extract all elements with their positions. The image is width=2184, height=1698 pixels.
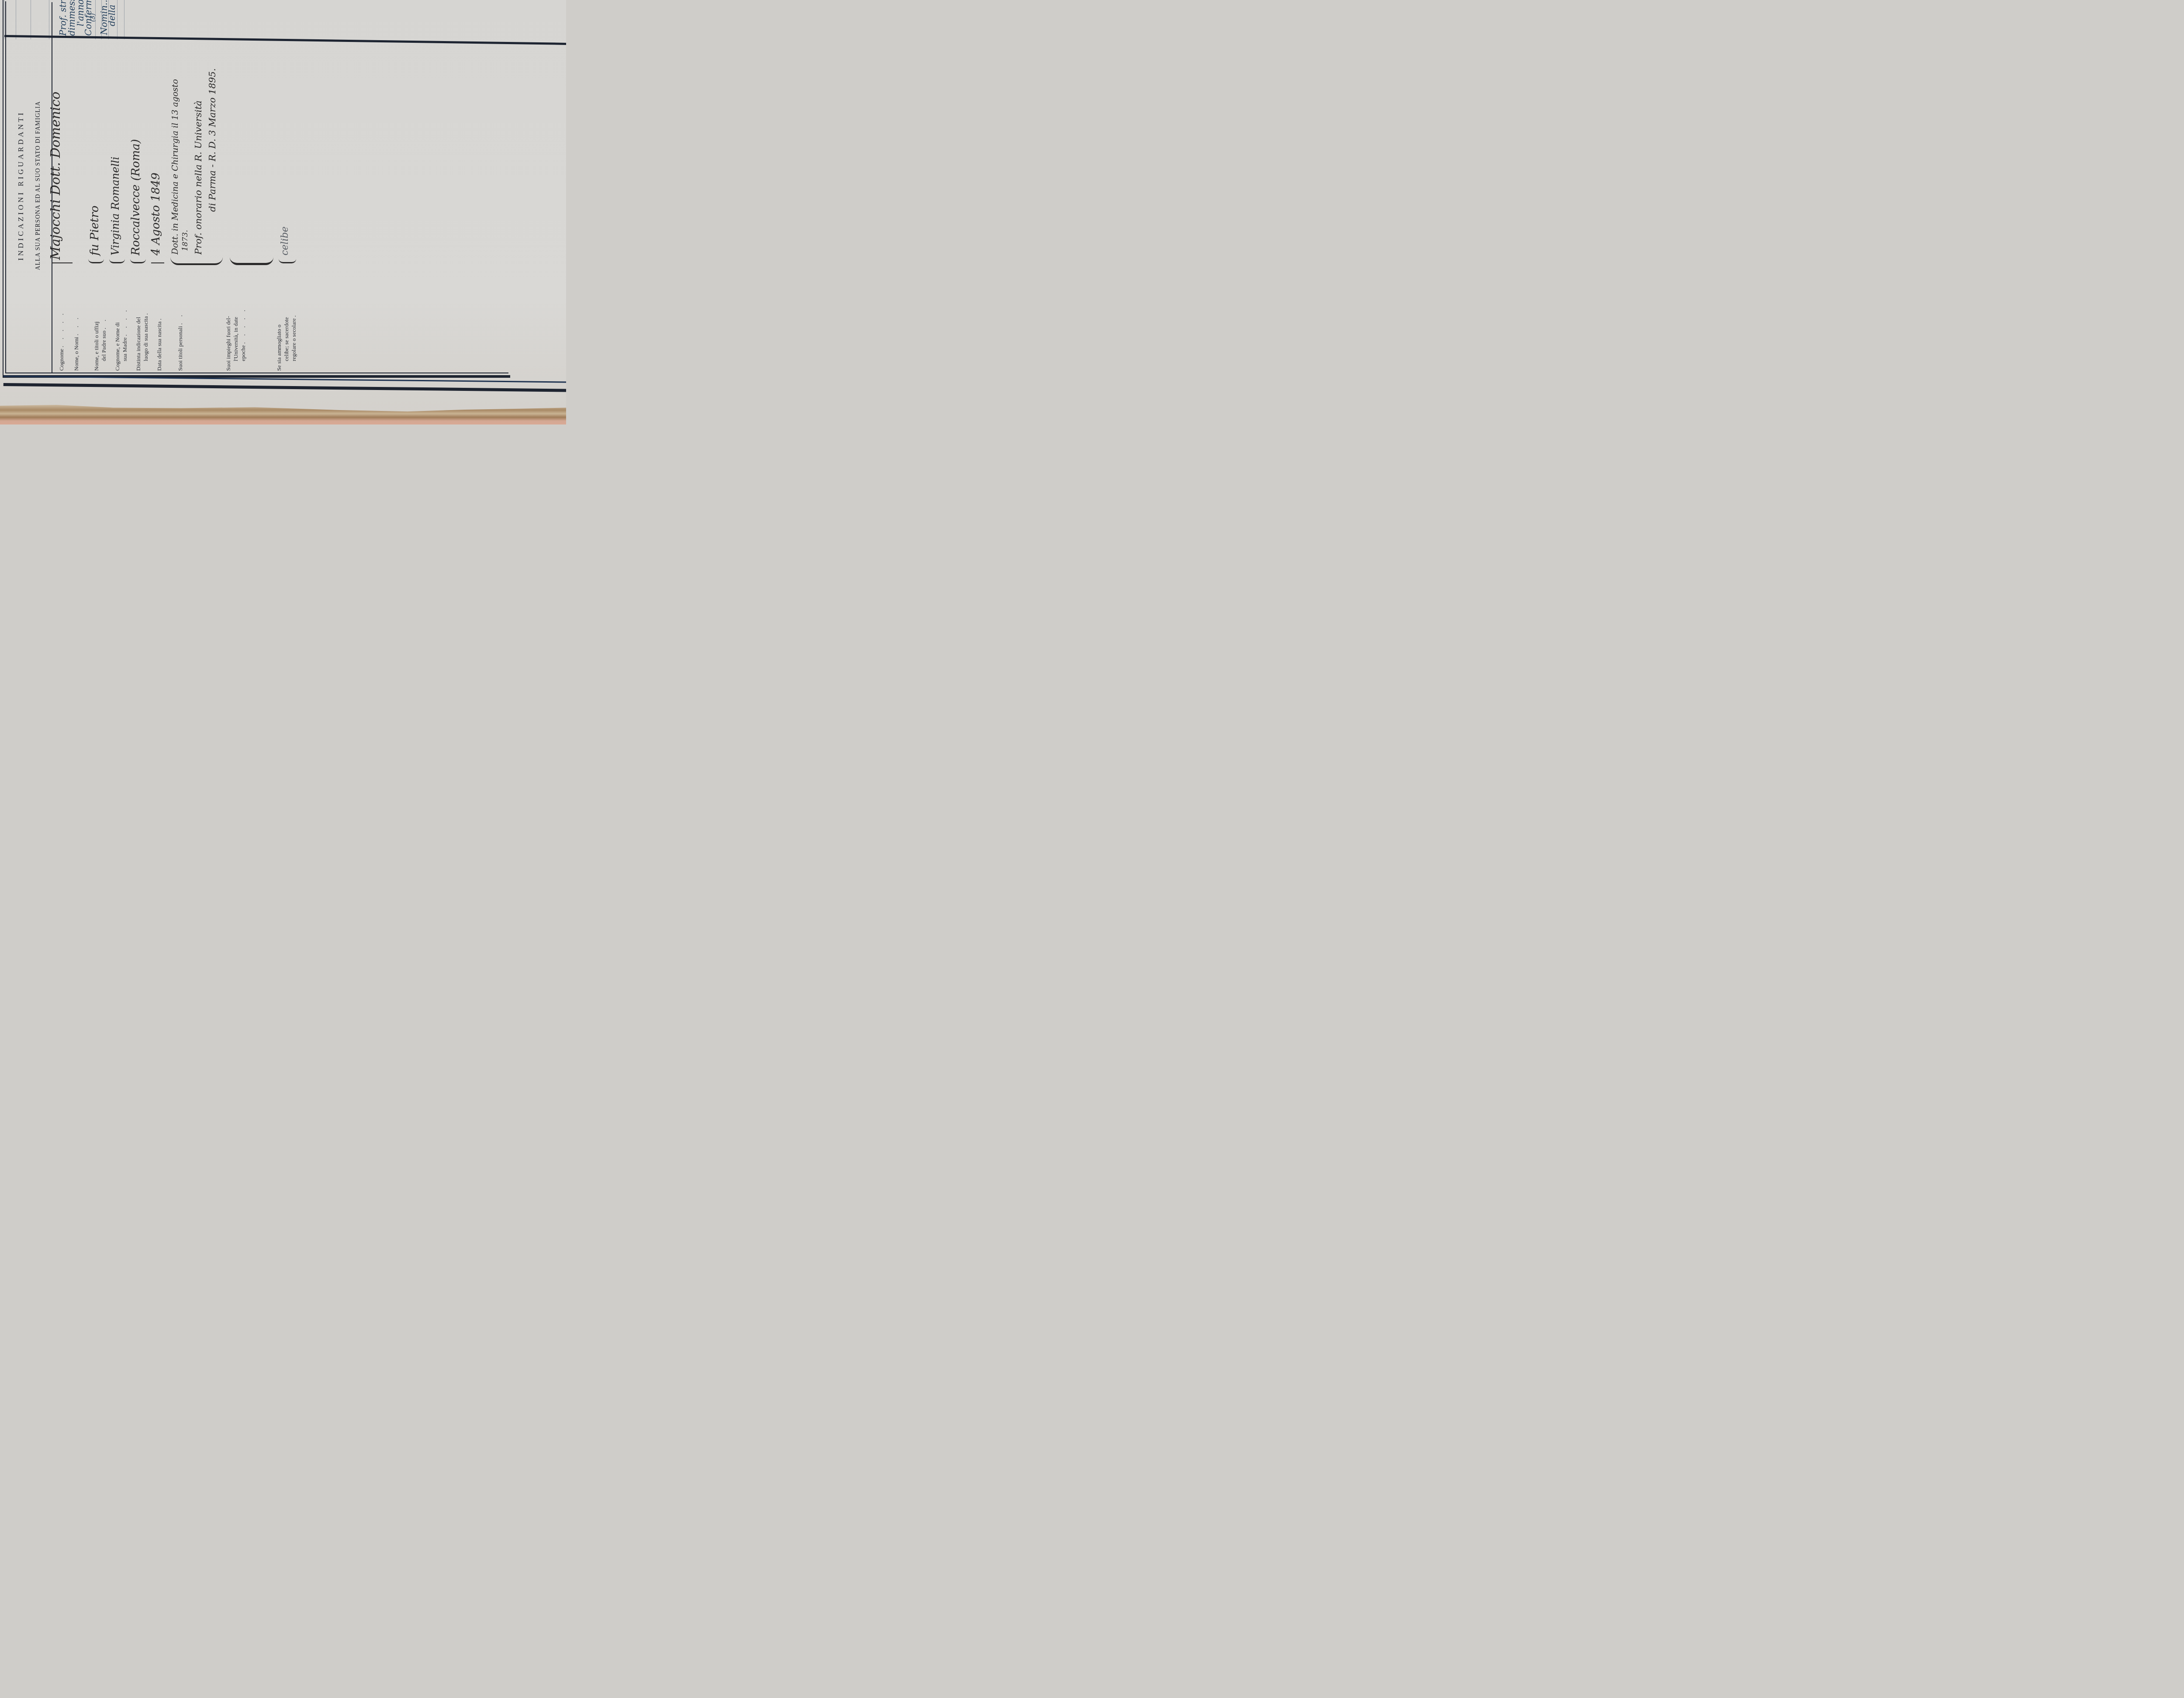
brace-mark: [130, 256, 146, 263]
value-cognome: Majocchi Dott. Domenico: [48, 92, 63, 260]
label-nome: Nome, o Nomi . . .: [73, 266, 80, 371]
value-titoli-line3: Prof. onorario nella R. Università: [193, 100, 204, 255]
label-luogo-nascita: Distinta indicazione del luogo di sua na…: [135, 266, 149, 371]
label-stato-civile: Se sia ammogliato o celibe; se sacerdote…: [275, 266, 297, 371]
value-padre: fu Pietro: [88, 206, 101, 255]
value-titoli-line1: Dott. in Medicina e Chirurgia il 13 agos…: [170, 79, 180, 255]
bracket-line: [151, 262, 164, 263]
value-data-nascita: 4 Agosto 1849: [149, 173, 162, 255]
value-titoli-line2: 1873.: [181, 230, 190, 251]
heading-title: INDICAZIONI RIGUARDANTI: [17, 7, 25, 365]
label-cognome: Cognome . . . . .: [58, 266, 65, 371]
label-impieghi: Suoi impieghi fuori del- l'Università, i…: [225, 266, 247, 371]
registry-form: INDICAZIONI RIGUARDANTI ALLA SUA PERSONA…: [3, 2, 522, 378]
value-madre: Virginia Romanelli: [109, 157, 121, 255]
heading-subtitle: ALLA SUA PERSONA ED AL SUO STATO DI FAMI…: [35, 7, 42, 365]
label-padre: Nome, e titoli o uffizj del Padre suo . …: [93, 266, 107, 371]
brace-mark: [109, 256, 125, 263]
brace-mark: [88, 256, 104, 263]
brace-mark: [170, 255, 223, 265]
brace-mark: [230, 254, 273, 265]
value-titoli-line4: di Parma - R. D. 3 Marzo 1895.: [207, 68, 218, 212]
form-heading: INDICAZIONI RIGUARDANTI ALLA SUA PERSONA…: [11, 7, 42, 365]
value-luogo-nascita: Roccalvecce (Roma): [129, 139, 142, 255]
label-titoli: Suoi titoli personali . .: [176, 266, 184, 371]
brace-mark: [279, 256, 296, 263]
label-data-nascita: Data della sua nascita .: [156, 266, 163, 371]
inner-border: [5, 1, 508, 373]
bracket-line: [52, 262, 73, 263]
label-madre: Cognome, e Nome di sua Madre . . . .: [114, 266, 128, 371]
value-stato-civile: celibe: [280, 226, 290, 255]
